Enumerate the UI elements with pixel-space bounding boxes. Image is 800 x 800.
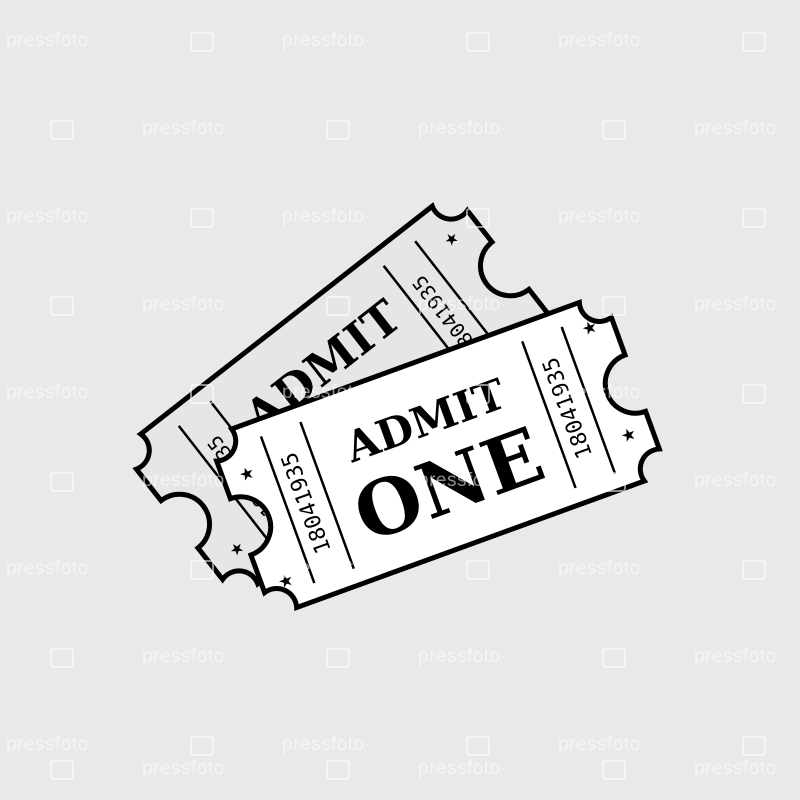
- tickets-illustration: 18041935 18041935 ADMIT ★ ★ 18041935 180…: [0, 0, 800, 800]
